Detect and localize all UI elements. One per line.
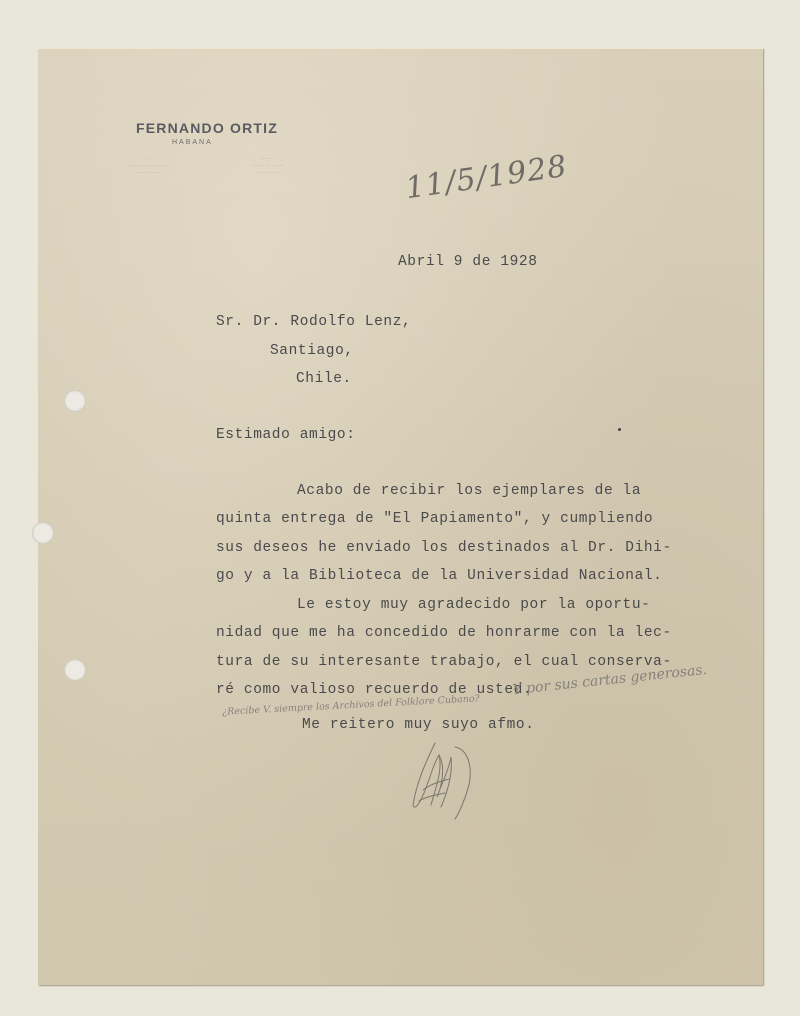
- paragraph-1-line: go y a la Biblioteca de la Universidad N…: [216, 568, 662, 584]
- paragraph-1-line: sus deseos he enviado los destinados al …: [216, 540, 672, 556]
- ink-speck: [618, 428, 621, 431]
- letterhead-address-left: · · · · ··········· ·· ·· ·· ········ ··…: [104, 155, 194, 176]
- letterhead-name: FERNANDO ORTIZ: [136, 120, 278, 136]
- letterhead-line: · · · ·: [104, 155, 194, 162]
- letterhead-line: ·······: [226, 155, 310, 162]
- paragraph-2-line: nidad que me ha concedido de honrarme co…: [216, 625, 672, 641]
- punch-hole: [64, 390, 86, 412]
- punch-hole: [32, 522, 54, 544]
- paragraph-2-line: Le estoy muy agradecido por la oportu-: [297, 597, 650, 613]
- closing: Me reitero muy suyo afmo.: [302, 717, 535, 733]
- paragraph-1-line: quinta entrega de "El Papiamento", y cum…: [216, 511, 653, 527]
- letterhead-city: HABANA: [172, 139, 213, 146]
- signature-icon: [405, 735, 485, 820]
- letterhead-line: ······ ·· ······: [226, 162, 310, 169]
- paragraph-2-line: ré como valioso recuerdo de usted.: [216, 682, 532, 698]
- paragraph-1-line: Acabo de recibir los ejemplares de la: [297, 483, 641, 499]
- letter-date: Abril 9 de 1928: [398, 254, 538, 270]
- punch-hole: [64, 659, 86, 681]
- letterhead-line: ··· ··· ···: [226, 169, 310, 176]
- letterhead-line: ········ ·····: [104, 169, 194, 176]
- letterhead-address-right: ······· ······ ·· ······ ··· ··· ···: [226, 155, 310, 176]
- salutation: Estimado amigo:: [216, 427, 356, 443]
- paragraph-2-line: tura de su interesante trabajo, el cual …: [216, 654, 672, 670]
- recipient-name: Sr. Dr. Rodolfo Lenz,: [216, 314, 411, 330]
- recipient-country: Chile.: [296, 371, 352, 387]
- letterhead-line: ··········· ·· ·· ··: [104, 162, 194, 169]
- recipient-city: Santiago,: [270, 343, 354, 359]
